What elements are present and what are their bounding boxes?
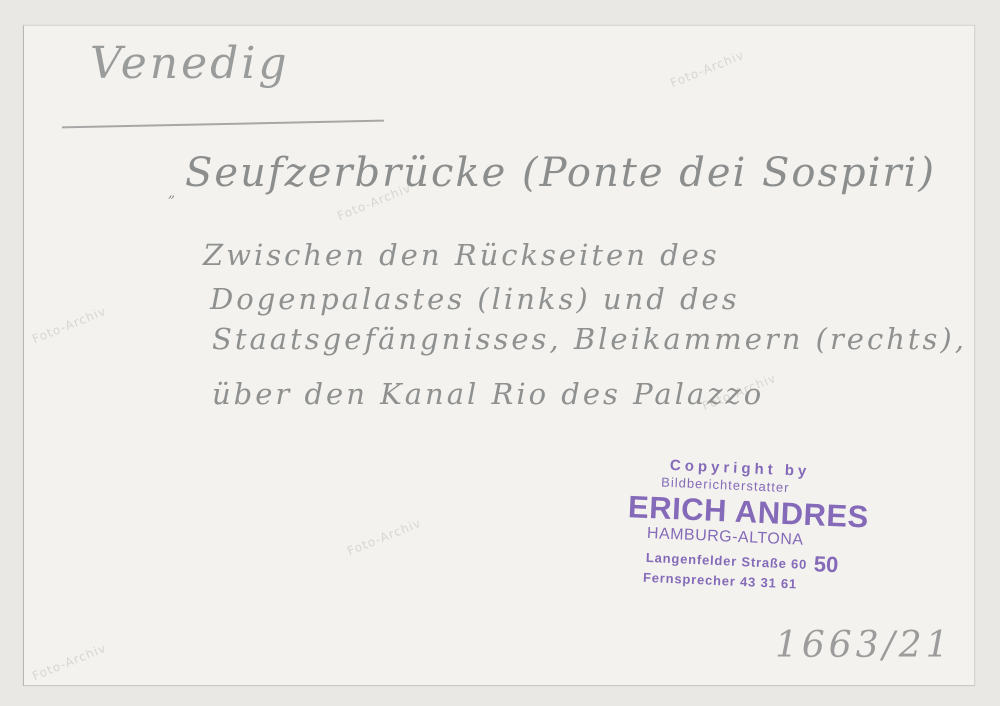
stamp-postal-district: 50 [813,551,839,578]
stamp-street: Langenfelder Straße 60 [646,550,808,572]
location-title: Venedig [90,38,290,89]
stamp-phone: Fernsprecher 43 31 61 [643,570,798,592]
archive-number: 1663/21 [775,625,953,666]
description-line-1: Zwischen den Rückseiten des [203,238,720,272]
copyright-stamp: Copyright by Bildberichterstatter ERICH … [622,455,858,615]
heading-quote-mark: „ [168,185,176,201]
description-line-3: Staatsgefängnisses, Bleikammern (rechts)… [212,322,967,356]
subject-heading: Seufzerbrücke (Ponte dei Sospiri) [185,150,936,196]
description-line-4: über den Kanal Rio des Palazzo [212,377,764,411]
description-line-2: Dogenpalastes (links) und des [210,282,740,316]
